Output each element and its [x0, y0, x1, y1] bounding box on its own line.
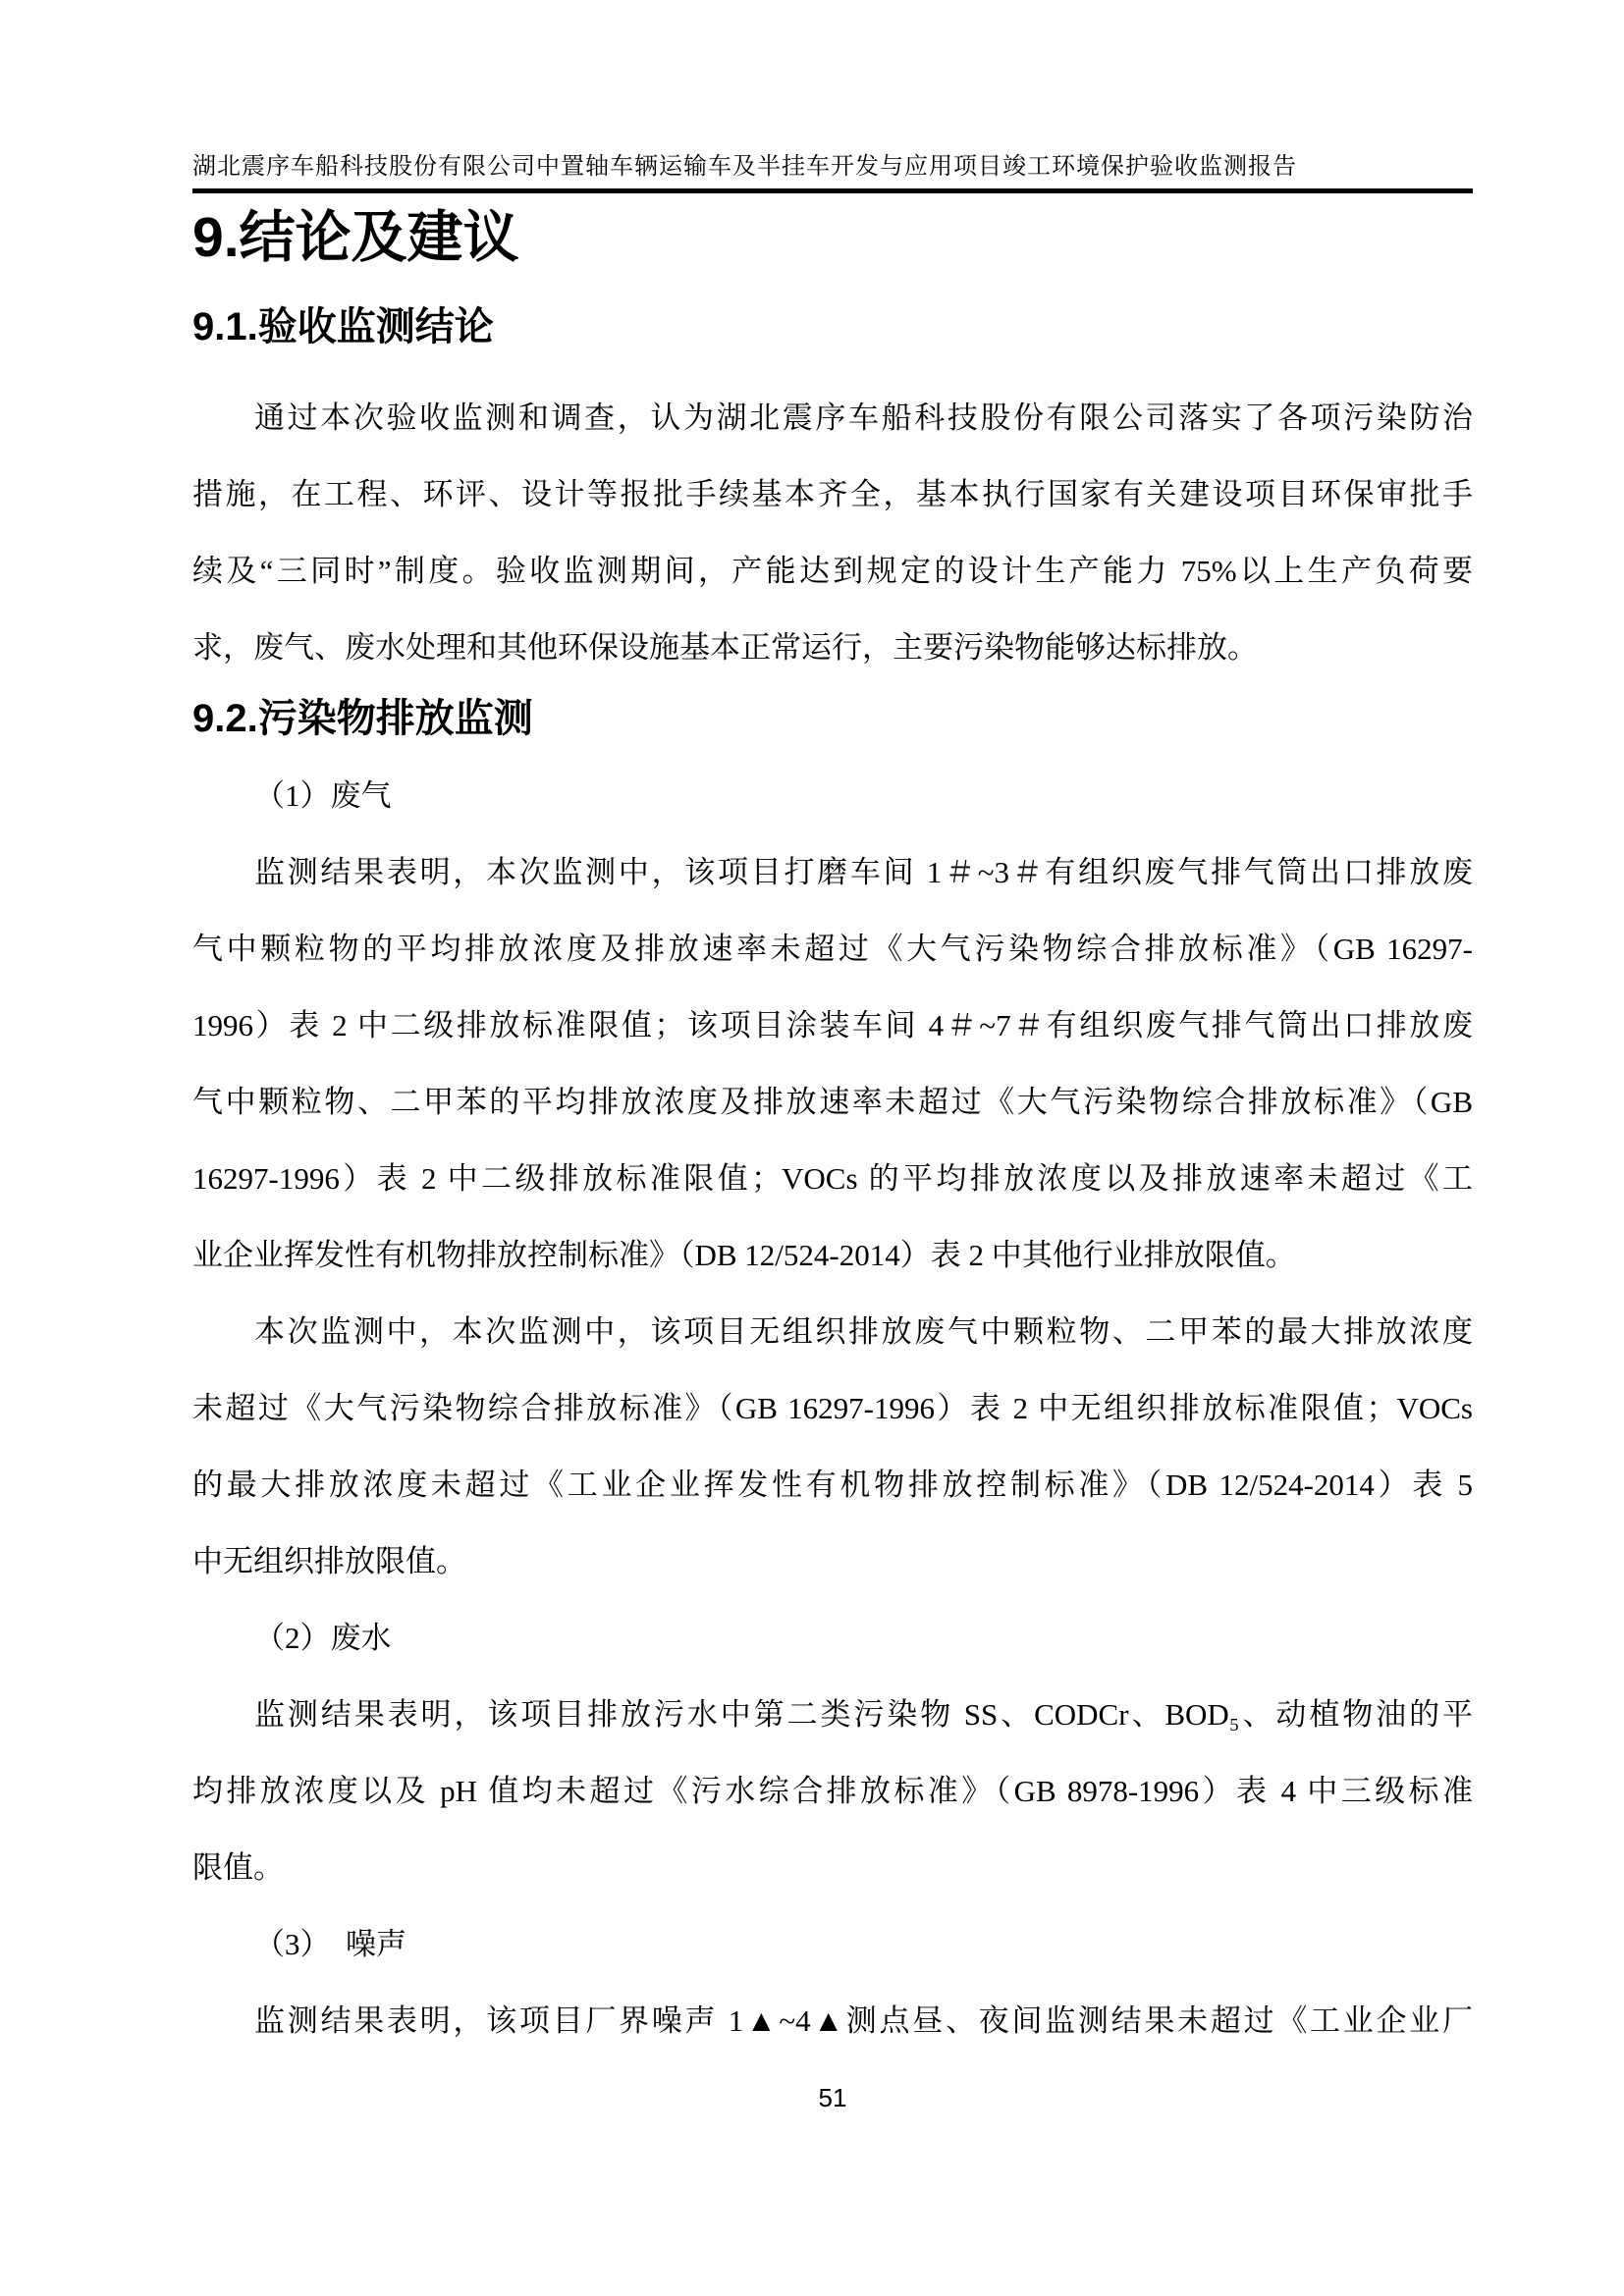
- text-line: 求，废气、废水处理和其他环保设施基本正常运行，主要污染物能够达标排放。: [192, 610, 1473, 686]
- text-line: 中无组织排放限值。: [192, 1523, 1473, 1600]
- section-title-9-1: 9.1.验收监测结论: [192, 304, 1473, 349]
- running-header-title: 湖北震序车船科技股份有限公司中置轴车辆运输车及半挂车开发与应用项目竣工环境保护验…: [192, 154, 1297, 180]
- text-line: （3） 噪声: [192, 1906, 1473, 1983]
- section-9-2-paragraphs: （1）废气监测结果表明，本次监测中，该项目打磨车间 1＃~3＃有组织废气排气筒出…: [192, 758, 1473, 2059]
- chapter-title: 9.结论及建议: [192, 203, 1473, 272]
- text-line: 气中颗粒物的平均排放浓度及排放速率未超过《大气污染物综合排放标准》（GB 162…: [192, 911, 1473, 988]
- text-line: 16297-1996）表 2 中二级排放标准限值；VOCs 的平均排放浓度以及排…: [192, 1141, 1473, 1217]
- text-line: 的最大排放浓度未超过《工业企业挥发性有机物排放控制标准》（DB 12/524-2…: [192, 1447, 1473, 1523]
- text-line: 限值。: [192, 1830, 1473, 1906]
- page-content: 湖北震序车船科技股份有限公司中置轴车辆运输车及半挂车开发与应用项目竣工环境保护验…: [192, 0, 1473, 2112]
- text-line: 本次监测中，本次监测中，该项目无组织排放废气中颗粒物、二甲苯的最大排放浓度: [192, 1294, 1473, 1370]
- text-line: 监测结果表明，该项目厂界噪声 1▲~4▲测点昼、夜间监测结果未超过《工业企业厂: [192, 1983, 1473, 2059]
- text-line: 均排放浓度以及 pH 值均未超过《污水综合排放标准》（GB 8978-1996）…: [192, 1753, 1473, 1830]
- text-line: 监测结果表明，该项目排放污水中第二类污染物 SS、CODCr、BOD₅、动植物油…: [192, 1677, 1473, 1753]
- text-line: 业企业挥发性有机物排放控制标准》（DB 12/524-2014）表 2 中其他行…: [192, 1217, 1473, 1294]
- text-line: （2）废水: [192, 1600, 1473, 1677]
- section-9-1-paragraph: 通过本次验收监测和调查，认为湖北震序车船科技股份有限公司落实了各项污染防治措施，…: [192, 380, 1473, 686]
- text-line: 监测结果表明，本次监测中，该项目打磨车间 1＃~3＃有组织废气排气筒出口排放废: [192, 834, 1473, 911]
- text-line: 通过本次验收监测和调查，认为湖北震序车船科技股份有限公司落实了各项污染防治: [192, 380, 1473, 456]
- text-line: 措施，在工程、环评、设计等报批手续基本齐全，基本执行国家有关建设项目环保审批手: [192, 456, 1473, 533]
- running-header: 湖北震序车船科技股份有限公司中置轴车辆运输车及半挂车开发与应用项目竣工环境保护验…: [192, 0, 1473, 193]
- text-line: （1）废气: [192, 758, 1473, 834]
- text-line: 续及“三同时”制度。验收监测期间，产能达到规定的设计生产能力 75%以上生产负荷…: [192, 533, 1473, 610]
- text-line: 未超过《大气污染物综合排放标准》（GB 16297-1996）表 2 中无组织排…: [192, 1370, 1473, 1447]
- text-line: 1996）表 2 中二级排放标准限值；该项目涂装车间 4＃~7＃有组织废气排气筒…: [192, 988, 1473, 1064]
- report-page: 湖北震序车船科技股份有限公司中置轴车辆运输车及半挂车开发与应用项目竣工环境保护验…: [0, 0, 1624, 2296]
- section-title-9-2: 9.2.污染物排放监测: [192, 696, 1473, 741]
- page-number: 51: [192, 2083, 1473, 2112]
- text-line: 气中颗粒物、二甲苯的平均排放浓度及排放速率未超过《大气污染物综合排放标准》（GB: [192, 1064, 1473, 1141]
